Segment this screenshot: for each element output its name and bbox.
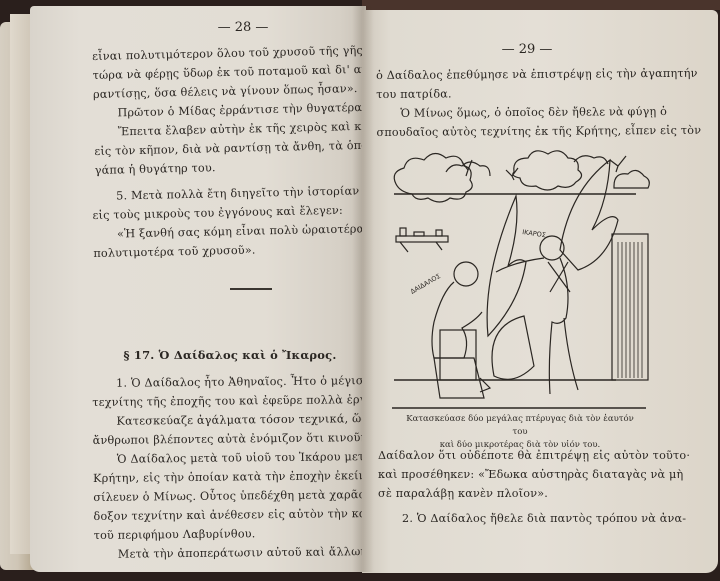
text-line: σὲ παραλάβῃ κανὲν πλοῖον». [378,484,690,503]
label-icarus: ΙΚΑΡΟΣ [522,228,547,239]
daedalus-figure [432,262,490,398]
wing-icon [487,196,526,336]
section-heading: § 17. Ὁ Δαίδαλος καὶ ὁ Ἴκαρος. [90,346,370,365]
bird-icon [610,156,626,172]
page-number-left: — 28 — [198,20,288,35]
text-line: του πατρίδα. [376,83,701,104]
wing-icon [560,160,618,270]
bird-icon [506,168,518,180]
right-paragraph-2: 2. Ὁ Δαίδαλος ἤθελε διὰ παντὸς τρόπου νὰ… [402,509,686,528]
section-divider [230,288,272,290]
open-book: — 28 — εἶναι πολυτιμότερον ὅλου τοῦ χρυσ… [0,0,720,581]
wing-icon [492,316,534,379]
text-line: Δαίδαλον ὅτι οὐδέποτε θὰ ἐπιτρέψῃ εἰς αὐ… [378,446,690,465]
book-spine [352,6,374,572]
right-text-bottom: Δαίδαλον ὅτι οὐδέποτε θὰ ἐπιτρέψῃ εἰς αὐ… [378,446,690,503]
text-line: Ὁ Μίνως ὅμως, ὁ ὁποῖος δὲν ἤθελε νὰ φύγῃ… [376,102,701,123]
left-page: — 28 — εἶναι πολυτιμότερον ὅλου τοῦ χρυσ… [30,6,366,572]
text-line: καὶ προσέθηκεν: «Ἔδωκα αὐστηρὰς διαταγὰς… [378,465,690,484]
label-daedalus: ΔΑΙΔΑΛΟΣ [409,272,442,296]
caption-line: Κατασκεύασε δύο μεγάλας πτέρυγας διὰ τὸν… [400,413,640,439]
page-number-right: — 29 — [482,42,572,57]
daedalus-icarus-illustration: ΔΑΙΔΑΛΟΣ ΙΚΑΡΟΣ [384,132,656,410]
icarus-figure [496,160,618,394]
right-text-top: ὁ Δαίδαλος ἐπεθύμησε νὰ ἐπιστρέψῃ εἰς τὴ… [376,64,701,142]
text-line: ὁ Δαίδαλος ἐπεθύμησε νὰ ἐπιστρέψῃ εἰς τὴ… [376,64,701,85]
cover-edge [362,0,720,10]
